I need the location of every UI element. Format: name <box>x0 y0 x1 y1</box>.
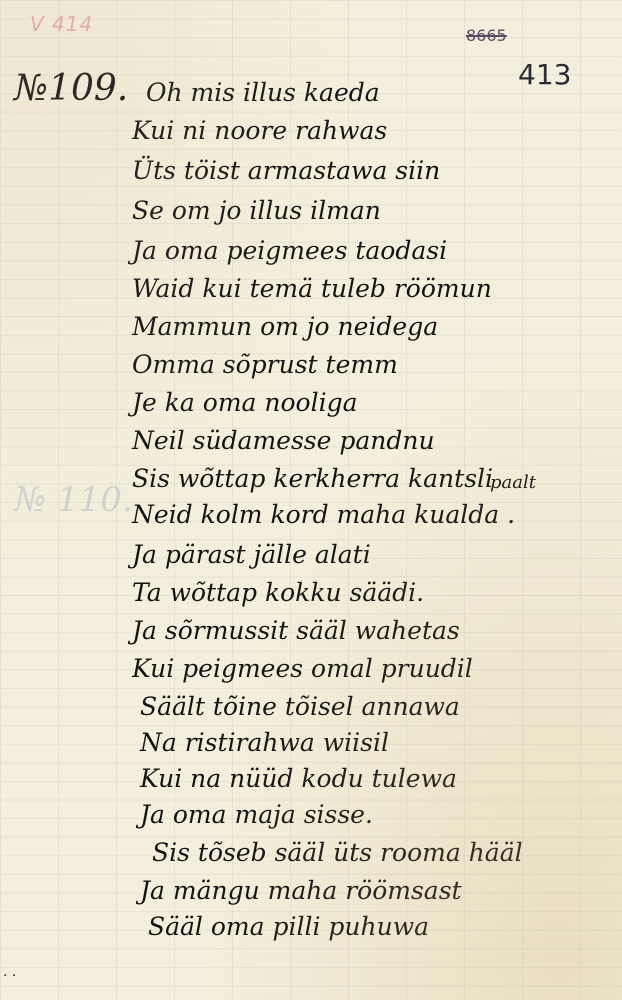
interlinear-insertion: paalt <box>490 472 536 493</box>
poem-line: Sääl oma pilli puhuwa <box>148 912 429 941</box>
poem-line: Sis wõttap kerkherra kantsli <box>132 464 493 493</box>
manuscript-page: V 414 8665 413 № 110. №109. Oh mis illus… <box>0 0 622 1000</box>
poem-line: Ja oma maja sisse. <box>140 800 373 829</box>
poem-line: Se om jo illus ilman <box>132 196 381 225</box>
poem-line: Omma sõprust temm <box>132 350 398 379</box>
poem-line: Mammun om jo neidega <box>132 312 438 341</box>
poem-line: Kui na nüüd kodu tulewa <box>140 764 457 793</box>
margin-ink-dots: . . <box>3 964 16 980</box>
bleed-through-poem-number: № 110. <box>14 480 133 520</box>
poem-line: Waid kui temä tuleb röömun <box>132 274 492 303</box>
poem-line: Ja mängu maha röömsast <box>140 876 462 905</box>
poem-line: Kui peigmees omal pruudil <box>132 654 473 683</box>
poem-number: №109. <box>14 68 128 109</box>
poem-line: Ta wõttap kokku säädi. <box>132 578 424 607</box>
poem-line: Üts töist armastawa siin <box>132 156 440 185</box>
poem-line: Ja pärast jälle alati <box>132 540 371 569</box>
poem-line: Neil südamesse pandnu <box>132 426 435 455</box>
poem-line: Je ka oma nooliga <box>132 388 357 417</box>
archive-reference-stamp: V 414 <box>30 12 93 36</box>
page-number: 413 <box>518 58 571 91</box>
poem-line: Ja oma peigmees taodasi <box>132 236 447 265</box>
poem-line: Oh mis illus kaeda <box>146 78 380 107</box>
struck-old-page-number: 8665 <box>466 26 507 45</box>
poem-line: Kui ni noore rahwas <box>132 116 387 145</box>
poem-line: Sis tõseb sääl üts rooma hääl <box>152 838 523 867</box>
poem-line: Säält tõine tõisel annawa <box>140 692 460 721</box>
poem-line: Ja sõrmussit sääl wahetas <box>132 616 460 645</box>
poem-line: Neid kolm kord maha kualda . <box>132 500 515 529</box>
poem-line: Na ristirahwa wiisil <box>140 728 389 757</box>
